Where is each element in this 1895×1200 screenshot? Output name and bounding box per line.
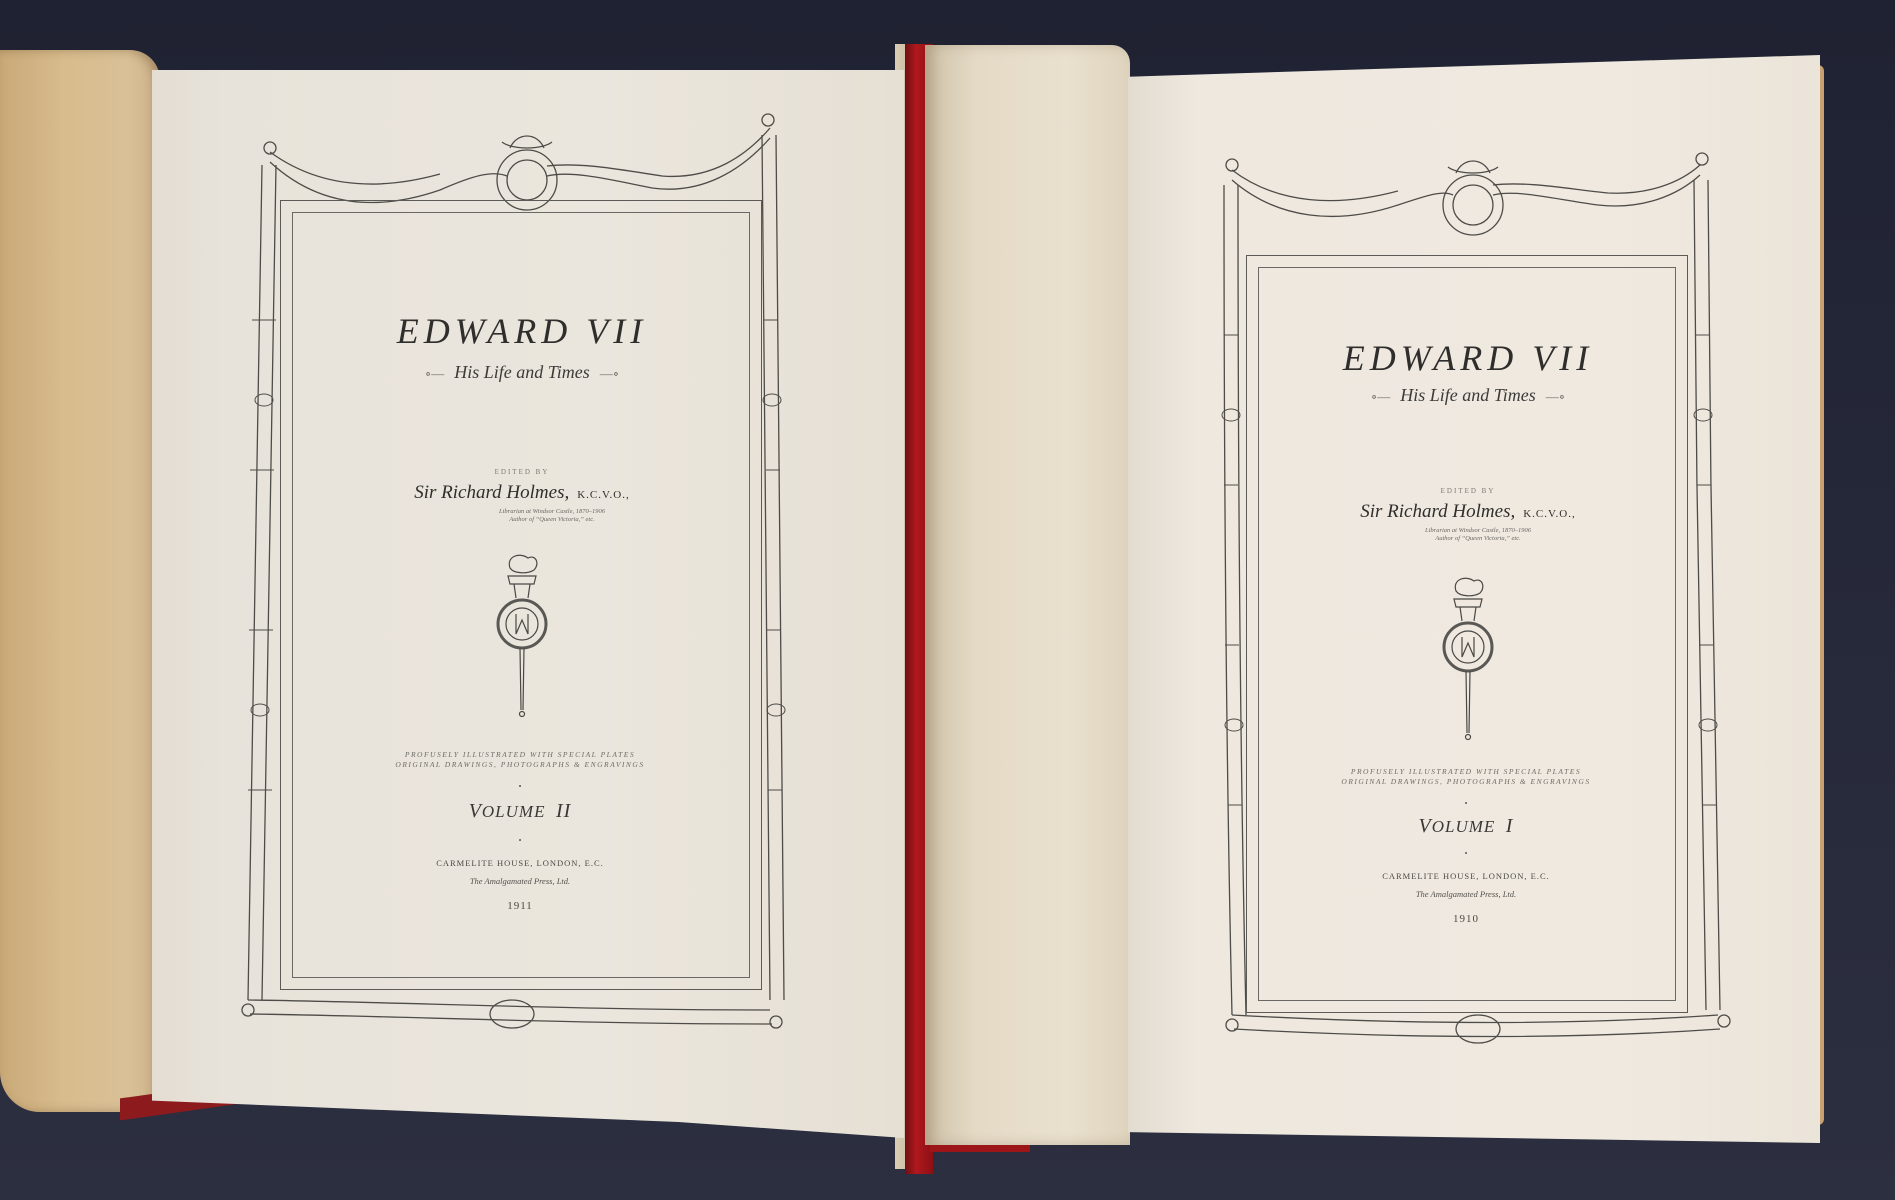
- illustrations-note: PROFUSELY ILLUSTRATED WITH SPECIAL PLATE…: [292, 750, 748, 770]
- publication-year: 1910: [1258, 913, 1674, 925]
- volume-prefix-cap: V: [1419, 815, 1432, 837]
- editor-name-text: Sir Richard Holmes,: [1360, 501, 1515, 522]
- publisher-address: CARMELITE HOUSE, LONDON, E.C.: [1258, 871, 1674, 881]
- subtitle-right-ornament-icon: —∘: [600, 366, 619, 381]
- volume-number: I: [1506, 815, 1514, 837]
- separator-dot: •: [292, 782, 748, 791]
- illustrations-line-2: ORIGINAL DRAWINGS, PHOTOGRAPHS & ENGRAVI…: [1258, 777, 1674, 787]
- subtitle-text: His Life and Times: [454, 362, 590, 382]
- separator-dot: •: [1258, 799, 1674, 808]
- illustrations-line-2: ORIGINAL DRAWINGS, PHOTOGRAPHS & ENGRAVI…: [292, 760, 748, 770]
- subtitle-text: His Life and Times: [1400, 385, 1536, 405]
- left-book-flyleaf: [0, 50, 160, 1112]
- illustrations-line-1: PROFUSELY ILLUSTRATED WITH SPECIAL PLATE…: [292, 750, 748, 760]
- editor-honors: K.C.V.O.,: [1523, 508, 1576, 520]
- publisher-name: The Amalgamated Press, Ltd.: [1258, 889, 1674, 899]
- publication-year: 1911: [292, 900, 748, 912]
- volume-label: VOLUME II: [292, 800, 748, 823]
- editor-note: Librarian at Windsor Castle, 1870–1906 A…: [1328, 527, 1628, 543]
- editor-note: Librarian at Windsor Castle, 1870–1906 A…: [402, 508, 702, 524]
- book-subtitle: ∘—His Life and Times—∘: [1298, 385, 1638, 406]
- separator-dot: •: [292, 836, 748, 845]
- right-book-title-page: EDWARD VII ∘—His Life and Times—∘ EDITED…: [1128, 55, 1820, 1143]
- illustrations-line-1: PROFUSELY ILLUSTRATED WITH SPECIAL PLATE…: [1258, 767, 1674, 777]
- book-title: EDWARD VII: [352, 310, 692, 352]
- editor-name-text: Sir Richard Holmes,: [414, 482, 569, 503]
- publisher-address: CARMELITE HOUSE, LONDON, E.C.: [292, 858, 748, 868]
- volume-number: II: [556, 800, 571, 822]
- editor-note-line-2: Author of “Queen Victoria,” etc.: [1328, 535, 1628, 543]
- book-subtitle: ∘—His Life and Times—∘: [352, 362, 692, 383]
- illustrations-note: PROFUSELY ILLUSTRATED WITH SPECIAL PLATE…: [1258, 767, 1674, 787]
- editor-note-line-1: Librarian at Windsor Castle, 1870–1906: [402, 508, 702, 516]
- volume-prefix-cap: V: [469, 800, 482, 822]
- editor-note-line-2: Author of “Queen Victoria,” etc.: [402, 516, 702, 524]
- torch-wreath-emblem-icon: [492, 550, 552, 720]
- volume-label: VOLUME I: [1258, 815, 1674, 838]
- subtitle-right-ornament-icon: —∘: [1546, 389, 1565, 404]
- right-book-verso-page: [925, 45, 1130, 1145]
- separator-dot: •: [1258, 849, 1674, 858]
- subtitle-left-ornament-icon: ∘—: [1371, 389, 1390, 404]
- editor-note-line-1: Librarian at Windsor Castle, 1870–1906: [1328, 527, 1628, 535]
- editor-honors: K.C.V.O.,: [577, 489, 630, 501]
- edited-by-label: EDITED BY: [1298, 487, 1638, 495]
- subtitle-left-ornament-icon: ∘—: [425, 366, 444, 381]
- book-title: EDWARD VII: [1298, 337, 1638, 379]
- publisher-name: The Amalgamated Press, Ltd.: [292, 876, 748, 886]
- left-book-title-page: EDWARD VII ∘—His Life and Times—∘ EDITED…: [152, 70, 904, 1138]
- torch-wreath-emblem-icon: [1438, 573, 1498, 743]
- editor-name: Sir Richard Holmes,K.C.V.O.,: [1268, 501, 1668, 523]
- volume-prefix-rest: OLUME: [1432, 817, 1496, 836]
- volume-prefix-rest: OLUME: [482, 802, 546, 821]
- edited-by-label: EDITED BY: [352, 468, 692, 476]
- editor-name: Sir Richard Holmes,K.C.V.O.,: [322, 482, 722, 504]
